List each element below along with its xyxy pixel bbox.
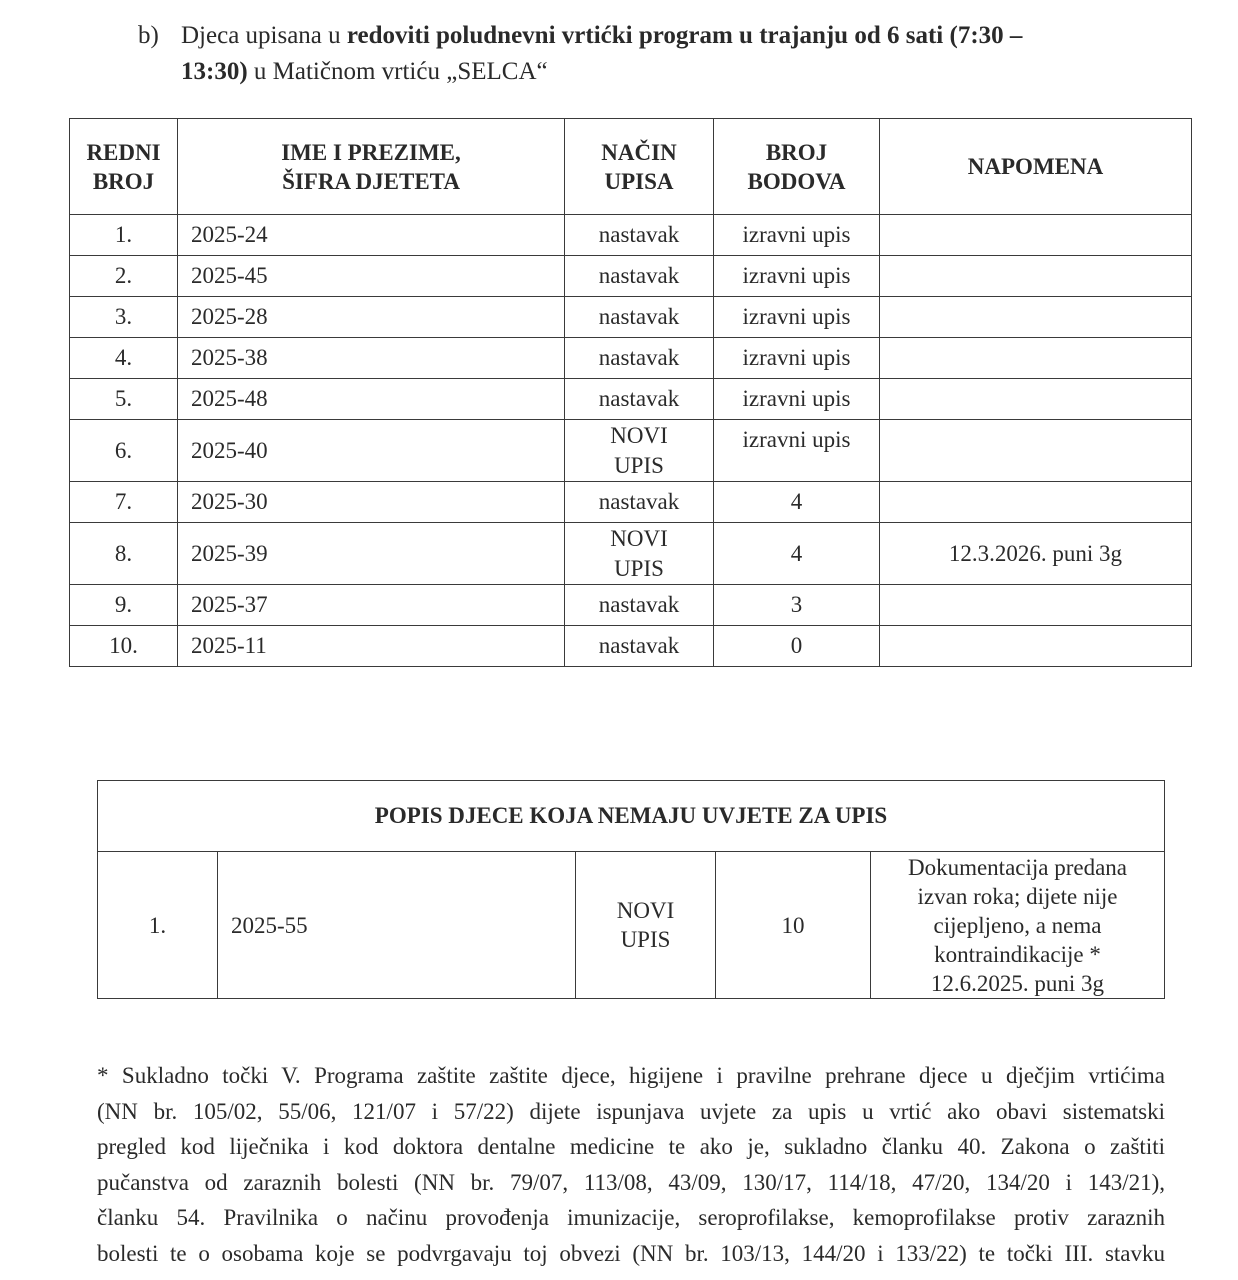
cell-broj-bodova: izravni upis	[714, 297, 880, 338]
table-row: 1.2025-55NOVIUPIS10Dokumentacija predana…	[98, 852, 1165, 999]
cell-redni-broj: 6.	[70, 420, 178, 482]
table-row: 4.2025-38nastavakizravni upis	[70, 338, 1192, 379]
footnote-line: (NN br. 105/02, 55/06, 121/07 i 57/22) d…	[97, 1094, 1165, 1130]
cell-nacin-upisa: nastavak	[565, 585, 714, 626]
enrolled-children-table: REDNIBROJ IME I PREZIME,ŠIFRA DJETETA NA…	[69, 118, 1192, 667]
cell-sifra: 2025-55	[218, 852, 576, 999]
cell-napomena	[880, 482, 1192, 523]
cell-napomena	[880, 585, 1192, 626]
cell-napomena	[880, 626, 1192, 667]
table-row: 8.2025-39NOVIUPIS412.3.2026. puni 3g	[70, 523, 1192, 585]
excluded-table-title: POPIS DJECE KOJA NEMAJU UVJETE ZA UPIS	[98, 781, 1165, 852]
cell-napomena	[880, 297, 1192, 338]
cell-nacin-upisa: nastavak	[565, 297, 714, 338]
cell-nacin-upisa: NOVIUPIS	[565, 420, 714, 482]
cell-broj-bodova: izravni upis	[714, 379, 880, 420]
header-broj-bodova: BROJBODOVA	[714, 119, 880, 215]
cell-broj-bodova: izravni upis	[714, 256, 880, 297]
cell-napomena	[880, 379, 1192, 420]
cell-nacin-upisa: nastavak	[565, 338, 714, 379]
header-ime-sifra: IME I PREZIME,ŠIFRA DJETETA	[178, 119, 565, 215]
cell-redni-broj: 8.	[70, 523, 178, 585]
heading-program: redoviti poludnevni vrtićki program u tr…	[347, 22, 1023, 49]
heading-program-end: 13:30)	[181, 58, 248, 85]
excluded-title-row: POPIS DJECE KOJA NEMAJU UVJETE ZA UPIS	[98, 781, 1165, 852]
section-label: b)	[138, 18, 181, 54]
excluded-children-table: POPIS DJECE KOJA NEMAJU UVJETE ZA UPIS 1…	[97, 780, 1165, 999]
cell-redni-broj: 10.	[70, 626, 178, 667]
cell-napomena	[880, 420, 1192, 482]
cell-nacin-upisa: nastavak	[565, 379, 714, 420]
cell-redni-broj: 2.	[70, 256, 178, 297]
footnote-line: * Sukladno točki V. Programa zaštite zaš…	[97, 1058, 1165, 1094]
cell-redni-broj: 5.	[70, 379, 178, 420]
cell-nacin-upisa: nastavak	[565, 215, 714, 256]
header-napomena: NAPOMENA	[880, 119, 1192, 215]
cell-sifra: 2025-45	[178, 256, 565, 297]
cell-redni-broj: 3.	[70, 297, 178, 338]
table-header-row: REDNIBROJ IME I PREZIME,ŠIFRA DJETETA NA…	[70, 119, 1192, 215]
table-row: 2.2025-45nastavakizravni upis	[70, 256, 1192, 297]
table-row: 6.2025-40NOVIUPISizravni upis	[70, 420, 1192, 482]
footnote-line: pučanstva od zaraznih bolesti (NN br. 79…	[97, 1165, 1165, 1201]
cell-sifra: 2025-24	[178, 215, 565, 256]
footnote: * Sukladno točki V. Programa zaštite zaš…	[97, 1058, 1165, 1271]
cell-sifra: 2025-40	[178, 420, 565, 482]
table-row: 3.2025-28nastavakizravni upis	[70, 297, 1192, 338]
cell-sifra: 2025-28	[178, 297, 565, 338]
cell-nacin-upisa: nastavak	[565, 482, 714, 523]
cell-sifra: 2025-37	[178, 585, 565, 626]
cell-redni-broj: 1.	[98, 852, 218, 999]
cell-broj-bodova: 0	[714, 626, 880, 667]
cell-broj-bodova: izravni upis	[714, 215, 880, 256]
cell-redni-broj: 9.	[70, 585, 178, 626]
footnote-line: pregled kod liječnika i kod doktora dent…	[97, 1129, 1165, 1165]
cell-napomena: Dokumentacija predanaizvan roka; dijete …	[871, 852, 1165, 999]
table-row: 5.2025-48nastavakizravni upis	[70, 379, 1192, 420]
cell-broj-bodova: 10	[716, 852, 871, 999]
header-nacin-upisa: NAČINUPISA	[565, 119, 714, 215]
table-row: 9.2025-37nastavak3	[70, 585, 1192, 626]
cell-broj-bodova: 4	[714, 482, 880, 523]
table-row: 1.2025-24nastavakizravni upis	[70, 215, 1192, 256]
cell-nacin-upisa: nastavak	[565, 626, 714, 667]
cell-nacin-upisa: NOVIUPIS	[576, 852, 716, 999]
cell-redni-broj: 1.	[70, 215, 178, 256]
cell-redni-broj: 7.	[70, 482, 178, 523]
cell-broj-bodova: izravni upis	[714, 420, 880, 482]
cell-sifra: 2025-48	[178, 379, 565, 420]
cell-nacin-upisa: NOVIUPIS	[565, 523, 714, 585]
cell-sifra: 2025-39	[178, 523, 565, 585]
table-row: 10.2025-11nastavak0	[70, 626, 1192, 667]
cell-sifra: 2025-38	[178, 338, 565, 379]
footnote-line: bolesti te o osobama koje se podvrgavaju…	[97, 1236, 1165, 1272]
cell-sifra: 2025-11	[178, 626, 565, 667]
cell-napomena	[880, 256, 1192, 297]
cell-broj-bodova: 3	[714, 585, 880, 626]
cell-napomena: 12.3.2026. puni 3g	[880, 523, 1192, 585]
cell-sifra: 2025-30	[178, 482, 565, 523]
heading-prefix: Djeca upisana u	[181, 22, 347, 49]
cell-nacin-upisa: nastavak	[565, 256, 714, 297]
cell-broj-bodova: 4	[714, 523, 880, 585]
cell-broj-bodova: izravni upis	[714, 338, 880, 379]
section-heading: b)Djeca upisana u redoviti poludnevni vr…	[138, 18, 1178, 90]
heading-suffix: u Matičnom vrtiću „SELCA“	[248, 58, 548, 85]
cell-napomena	[880, 338, 1192, 379]
footnote-line: članku 54. Pravilnika o načinu provođenj…	[97, 1200, 1165, 1236]
cell-redni-broj: 4.	[70, 338, 178, 379]
table-row: 7.2025-30nastavak4	[70, 482, 1192, 523]
cell-napomena	[880, 215, 1192, 256]
header-redni-broj: REDNIBROJ	[70, 119, 178, 215]
